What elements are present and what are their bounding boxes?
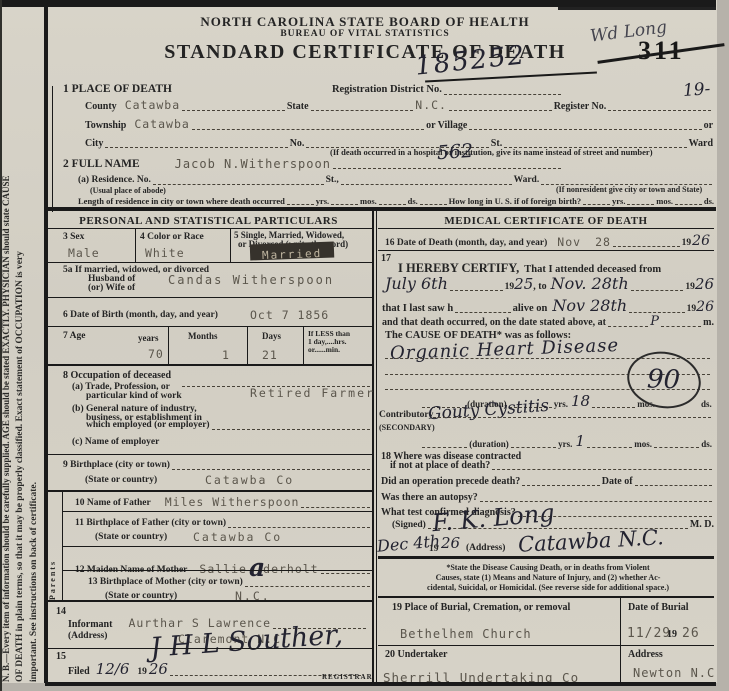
filed-row: Filed 12/6 19 26 [68,662,363,677]
register-number-handwritten: 19- [682,81,711,100]
rule [45,297,372,298]
marital-ink-blot: Married [250,242,335,261]
dotted-leader [172,469,370,470]
dotted-leader [287,204,314,205]
dotted-leader [422,447,467,448]
footnote-line-2: Causes, state (1) Means and Nature of In… [383,574,713,582]
death-occurred-label: and that death occurred, on the date sta… [382,318,606,328]
abode-note: (Usual place of abode) [90,187,166,195]
register-no-label: Register No. [554,102,607,112]
date-of-death-day: 28 [595,237,611,249]
bottom-border [45,682,716,686]
dotted-leader [331,204,358,205]
handwritten-number: 562 [436,142,474,163]
occupation-label: 8 Occupation of deceased [63,371,171,381]
date-of-death-month: Nov [557,237,581,249]
foreign-birth-label: How long in U. S. if of foreign birth? [449,197,582,206]
mother-name-row: 12 Maiden Name of Mother Sallie a derhol… [75,555,372,575]
dotted-leader [592,407,635,408]
section-divider-rule [45,207,716,211]
attended-to-date: Nov. 28th [551,276,629,292]
death-19-label: 19 [682,239,692,249]
filed-date-handwritten: 12/6 [96,662,130,677]
informant-item-number: 14 [56,607,66,617]
father-birthplace-label: 11 Birthplace of Father (city or town) [75,519,226,529]
duration-label: (duration) [469,440,509,449]
ds-label: ds. [408,197,418,206]
scan-top-edge-2 [558,7,716,10]
circled-code-value: 90 [647,366,681,393]
cell-border [247,327,248,364]
duration-yrs-label: yrs. [558,440,572,449]
dotted-leader [492,469,712,470]
dotted-leader [192,129,424,130]
disease-contracted-label-2: if not at place of death? [390,461,490,471]
dotted-leader [182,110,285,111]
contributory-duration-row: (duration) yrs. 1 mos. ds. [420,434,712,449]
rule [378,556,714,559]
date-of-birth-value: Oct 7 1856 [250,310,329,322]
disease-contracted-row: if not at place of death? [390,461,714,471]
attended-dates-row: July 6th 19 25 , to Nov. 28th 19 26 [385,276,714,292]
township-row: Township Catawba or Village or [85,119,713,131]
dotted-leader [333,168,561,169]
father-name-value: Miles Witherspoon [165,497,300,509]
full-name-value: Jacob N.Witherspoon [175,158,331,170]
sex-label: 3 Sex [63,233,84,243]
rule [45,454,372,455]
rule [45,490,372,492]
nonresident-note: (If nonresident give city or town and St… [556,186,702,194]
rule [45,600,372,602]
burial-19-label: 19 [667,630,677,640]
informant-address-label: (Address) [68,632,107,642]
duration-ds-label: ds. [701,400,712,409]
township-label: Township [85,121,126,131]
mother-birthplace-label: 13 Birthplace of Mother (city or town) [88,578,243,588]
father-birthplace-state-label: (State or country) [95,533,167,543]
street-no-label: No. [290,139,305,149]
place-of-death-label: 1 PLACE OF DEATH [63,84,172,96]
parents-group-label: Parents [48,495,57,600]
mos-label: mos. [360,197,377,206]
county-value: Catawba [125,100,180,112]
date-of-death-label: 16 Date of Death (month, day, and year) [385,239,547,249]
dotted-leader [105,147,287,148]
burial-place-value: Bethelhem Church [400,628,532,640]
signed-label: (Signed) [392,521,426,531]
dotted-leader [379,204,406,205]
alive-on-label: alive on [513,304,548,315]
burial-date-label: Date of Burial [628,603,689,613]
burial-year-value: 26 [682,627,700,640]
dotted-line [433,417,711,418]
dotted-leader [245,586,370,587]
column-divider-2 [376,210,378,683]
occupation-value: Retired Farmer [250,388,375,400]
age-days-label: Days [262,332,281,341]
dotted-leader [635,485,712,486]
rule [45,262,372,263]
dotted-leader [587,447,632,448]
rule [378,596,714,598]
margin-note-line2: OF DEATH in plain terms, so that it may … [15,10,25,682]
county-label: County [85,102,117,112]
medical-section-title: MEDICAL CERTIFICATE OF DEATH [378,216,714,227]
to-19-label: 19 [685,283,695,293]
form-left-border-inner [52,86,53,212]
operation-date-label: Date of [602,477,633,487]
dotted-leader [583,204,610,205]
dotted-leader [608,326,648,327]
item-17-number: 17 [381,254,391,264]
footnote-line-3: cidental, Suicidal, or Homicidal. (See r… [383,584,713,592]
certify-label-1: I HEREBY CERTIFY, [398,262,519,275]
duration-yrs-label: yrs. [554,400,568,409]
burial-cell-border [620,597,621,683]
dotted-leader [627,204,654,205]
filed-label: Filed [68,667,90,677]
filed-year-handwritten: 26 [149,662,168,677]
rule [45,326,372,327]
dotted-leader [341,184,512,185]
physician-address-value: Catawba N.C. [518,527,665,556]
to-label: , to [533,282,546,292]
mos-label: mos. [656,197,673,206]
county-row: County Catawba State N.C. Register No. [85,100,713,112]
date-of-death-row: 16 Date of Death (month, day, and year) … [385,234,710,248]
dotted-leader [629,312,684,313]
md-label: M. D. [690,520,714,530]
cause-of-death-value: Organic Heart Disease [390,337,620,363]
contributory-duration-value: 1 [575,434,585,449]
filed-19-label: 19 [137,668,147,678]
dotted-leader [444,94,561,95]
meridiem-label: m. [703,318,714,328]
certificate-scan: N. B.—Every item of information should b… [0,0,717,683]
secondary-label: (SECONDARY) [379,424,435,432]
dotted-leader [301,507,370,508]
township-value: Catawba [134,119,189,131]
place-of-death-header-row: 1 PLACE OF DEATH Registration District N… [63,84,563,96]
rule [45,228,372,229]
attended-to-year: 26 [695,277,714,292]
column-divider [372,210,374,683]
rule [62,570,372,571]
signature-19-label: 19 [429,545,439,555]
residence-ward-label: Ward. [514,176,540,186]
cell-border [230,229,231,262]
physician-signature: F. K. Long [431,501,555,536]
operation-label: Did an operation precede death? [381,477,520,487]
last-saw-date: Nov 28th [552,298,627,314]
from-19-label: 19 [505,283,515,293]
scan-top-edge [0,0,716,7]
burial-date-value: 11/29 [627,627,671,640]
race-value: White [145,248,185,260]
age-months-label: Months [188,332,218,341]
last-saw-year: 26 [696,300,714,314]
bureau-title: BUREAU OF VITAL STATISTICS [150,30,580,40]
mother-birthplace-row: 13 Birthplace of Mother (city or town) [88,578,372,588]
board-title: NORTH CAROLINA STATE BOARD OF HEALTH [150,15,580,28]
operation-row: Did an operation precede death? Date of [381,477,714,487]
dotted-leader [311,110,414,111]
date-of-birth-label: 6 Date of Birth (month, day, and year) [63,311,218,321]
birthplace-state-label: (State or country) [85,476,157,486]
age-years-value: 70 [148,349,164,361]
date-of-death-year: 26 [692,234,710,248]
age-days-value: 21 [262,350,278,362]
dotted-leader [511,447,556,448]
birthplace-row: 9 Birthplace (city or town) [63,461,372,471]
dotted-leader [455,312,510,313]
full-name-label: 2 FULL NAME [63,159,140,171]
dotted-leader [153,184,324,185]
age-years-label: years [138,334,159,343]
dotted-leader [450,290,503,291]
age-label: 7 Age [63,332,85,342]
informant-label: Informant [68,620,112,630]
death-time-value: P [650,315,659,328]
rule [378,228,714,229]
dotted-leader [469,129,701,130]
residence-label: (a) Residence. No. [78,176,151,186]
or-village-label: or Village [426,121,467,131]
registration-district-label: Registration District No. [332,85,442,96]
father-birthplace-value: Catawba Co [193,532,282,544]
father-birthplace-row: 11 Birthplace of Father (city or town) [75,519,372,529]
length-label: Length of residence in city or town wher… [78,197,285,206]
birthplace-value: Catawba Co [205,475,294,487]
rule [378,645,714,646]
dotted-leader [675,204,702,205]
state-label: State [287,102,309,112]
duration-mos-label: mos. [634,440,652,449]
dotted-leader [654,447,699,448]
cell-border [168,327,169,364]
cause-duration-value: 18 [571,394,590,409]
dotted-leader [522,485,599,486]
dotted-leader [608,110,711,111]
contributory-label: Contributory [379,411,433,421]
married-to-label-3: (or) Wife of [88,284,135,294]
length-of-residence-row: Length of residence in city or town wher… [78,197,714,206]
full-name-row: 2 FULL NAME Jacob N.Witherspoon [63,158,563,170]
age-months-value: 1 [222,350,230,362]
dotted-leader [613,246,680,247]
birthplace-label: 9 Birthplace (city or town) [63,461,170,471]
father-name-row: 10 Name of Father Miles Witherspoon [75,497,372,509]
undertaker-address-label: Address [628,650,663,660]
state-value: N.C. [415,100,447,112]
dotted-leader [449,110,552,111]
attended-from-date: July 6th [385,276,448,292]
marital-value: Married [262,247,323,262]
filed-item-number: 15 [56,652,66,662]
last-saw-label: that I last saw h [382,304,453,315]
last-saw-19-label: 19 [687,305,697,315]
rule [62,546,372,547]
undertaker-label: 20 Undertaker [385,650,448,660]
rule [45,364,372,366]
employer-label: (c) Name of employer [72,438,159,448]
residence-st-label: St., [326,176,339,186]
dotted-leader [631,290,684,291]
margin-note-line3: important. See instructions on back of c… [29,10,39,682]
spouse-value: Candas Witherspoon [168,274,334,286]
occupation-b-row: which employed (or employer) [86,421,372,431]
dotted-leader [420,204,447,205]
cell-border [135,229,136,262]
rule [62,511,372,512]
occupation-a-label-2: particular kind of work [86,392,182,402]
ds-label: ds. [704,197,714,206]
or-label: or [704,121,713,131]
duration-ds-label: ds. [701,440,712,449]
physician-address-label: (Address) [466,544,505,554]
rule [45,648,372,649]
father-name-label: 10 Name of Father [75,499,151,509]
last-saw-alive-row: that I last saw h alive on Nov 28th 19 2… [382,298,714,314]
attended-from-year: 25 [514,277,533,292]
dotted-leader [321,573,370,574]
margin-note-line1: N. B.—Every item of information should b… [1,10,11,682]
undertaker-address-value: Newton N.C [633,667,715,679]
yrs-label: yrs. [316,197,329,206]
registrar-label: REGISTRAR [322,674,373,681]
city-label: City [85,139,103,149]
occupation-b-label-3: which employed (or employer) [86,421,210,431]
burial-place-label: 19 Place of Burial, Cremation, or remova… [392,603,570,613]
hospital-note: (If death occurred in a hospital or inst… [330,148,653,157]
cell-border [303,327,304,364]
rule [378,250,714,251]
death-occurred-row: and that death occurred, on the date sta… [382,315,714,328]
signature-year: 26 [441,536,460,551]
race-label: 4 Color or Race [140,233,204,243]
dotted-leader [228,527,370,528]
dotted-leader [212,429,370,430]
age-less-label-3: or......min. [308,346,340,354]
personal-section-title: PERSONAL AND STATISTICAL PARTICULARS [45,216,372,227]
yrs-label: yrs. [612,197,625,206]
dotted-leader [661,326,701,327]
autopsy-label: Was there an autopsy? [381,493,478,503]
ward-label: Ward [689,139,713,149]
footnote-line-1: *State the Disease Causing Death, or in … [383,564,713,572]
sex-value: Male [68,248,100,260]
